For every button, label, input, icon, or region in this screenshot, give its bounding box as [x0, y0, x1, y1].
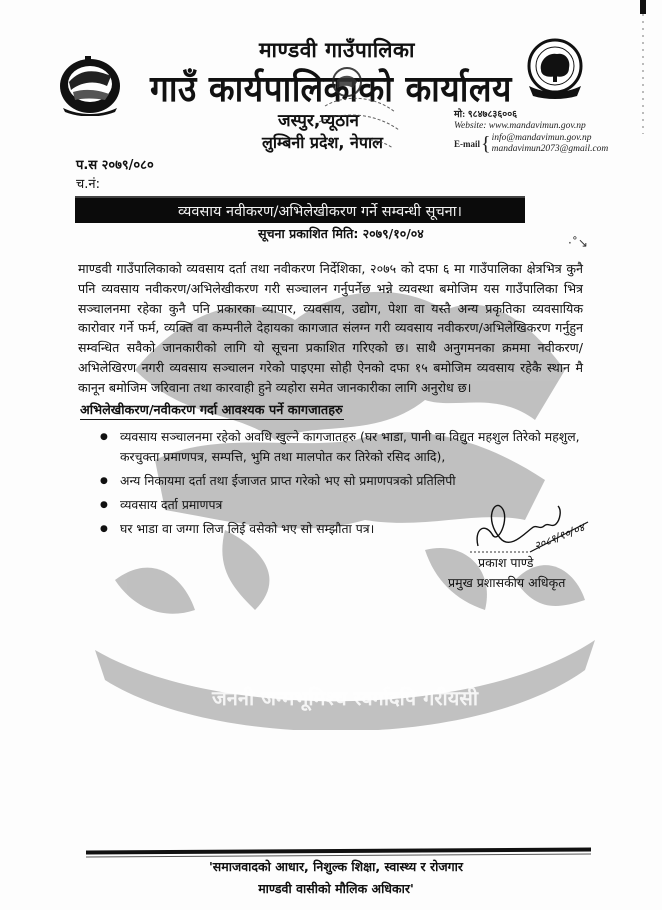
- footer-motto-line-1: 'समाजवादको आधार, निशुल्क शिक्षा, स्वास्थ…: [0, 858, 662, 875]
- svg-text:२०८१/१०/०४: २०८१/१०/०४: [532, 520, 587, 552]
- dispatch-number: च.नं:: [76, 174, 100, 192]
- website-label: Website:: [454, 121, 486, 131]
- footer-motto-line-2: माण्डवी वासीको मौलिक अधिकार': [0, 880, 662, 897]
- signature-icon: २०८१/१०/०४: [470, 500, 590, 560]
- signatory-title: प्रमुख प्रशासकीय अधिकृत: [448, 574, 565, 591]
- scan-edge-mark: [640, 0, 646, 14]
- signatory-name: प्रकाश पाण्डे: [478, 554, 533, 571]
- website-link[interactable]: www.mandavimun.gov.np: [489, 121, 586, 131]
- documents-heading: अभिलेखीकरण/नवीकरण गर्दा आवश्यक पर्ने काग…: [80, 400, 344, 420]
- municipality-name: माण्डवी गाउँपालिका: [0, 36, 662, 64]
- notice-title-banner: व्यवसाय नवीकरण/अभिलेखीकरण गर्ने सम्वन्धी…: [75, 196, 525, 223]
- phone-label: मो:: [454, 110, 465, 120]
- notice-title: व्यवसाय नवीकरण/अभिलेखीकरण गर्ने सम्वन्धी…: [178, 201, 462, 221]
- phone-row: मो: ९८४७८३६००६: [454, 110, 608, 121]
- email-link-1[interactable]: info@mandavimun.gov.np: [492, 133, 609, 144]
- email-label: E-mail: [454, 139, 480, 150]
- email-link-2[interactable]: mandavimun2073@gmail.com: [492, 144, 609, 155]
- email-row: E-mail { info@mandavimun.gov.np mandavim…: [454, 133, 608, 155]
- website-row: Website: www.mandavimun.gov.np: [454, 121, 608, 132]
- notice-document: जननी जन्मभूमिश्च स्वर्गादपि गरीयसी माण्ड…: [0, 0, 662, 910]
- svg-text:जननी जन्मभूमिश्च स्वर्गादपि गर: जननी जन्मभूमिश्च स्वर्गादपि गरीयसी: [211, 686, 479, 711]
- reference-number: प.स २०७९/०८०: [76, 155, 154, 173]
- list-item: व्यवसाय सञ्चालनमा रहेको अवधि खुल्ने कागज…: [100, 427, 585, 467]
- office-round-stamp-icon: [295, 66, 405, 156]
- contact-block: मो: ९८४७८३६००६ Website: www.mandavimun.g…: [454, 110, 608, 155]
- phone-number: ९८४७८३६००६: [468, 110, 517, 120]
- scan-mark: ·˚↘: [568, 236, 588, 250]
- notice-body: माण्डवी गाउँपालिकाको व्यवसाय दर्ता तथा न…: [78, 259, 583, 398]
- list-item: अन्य निकायमा दर्ता तथा ईजाजत प्राप्त गरे…: [100, 471, 585, 491]
- brace: {: [481, 134, 491, 154]
- published-date: सूचना प्रकाशित मिति: २०७९/१०/०४: [0, 225, 662, 242]
- scan-edge-noise: [642, 14, 644, 134]
